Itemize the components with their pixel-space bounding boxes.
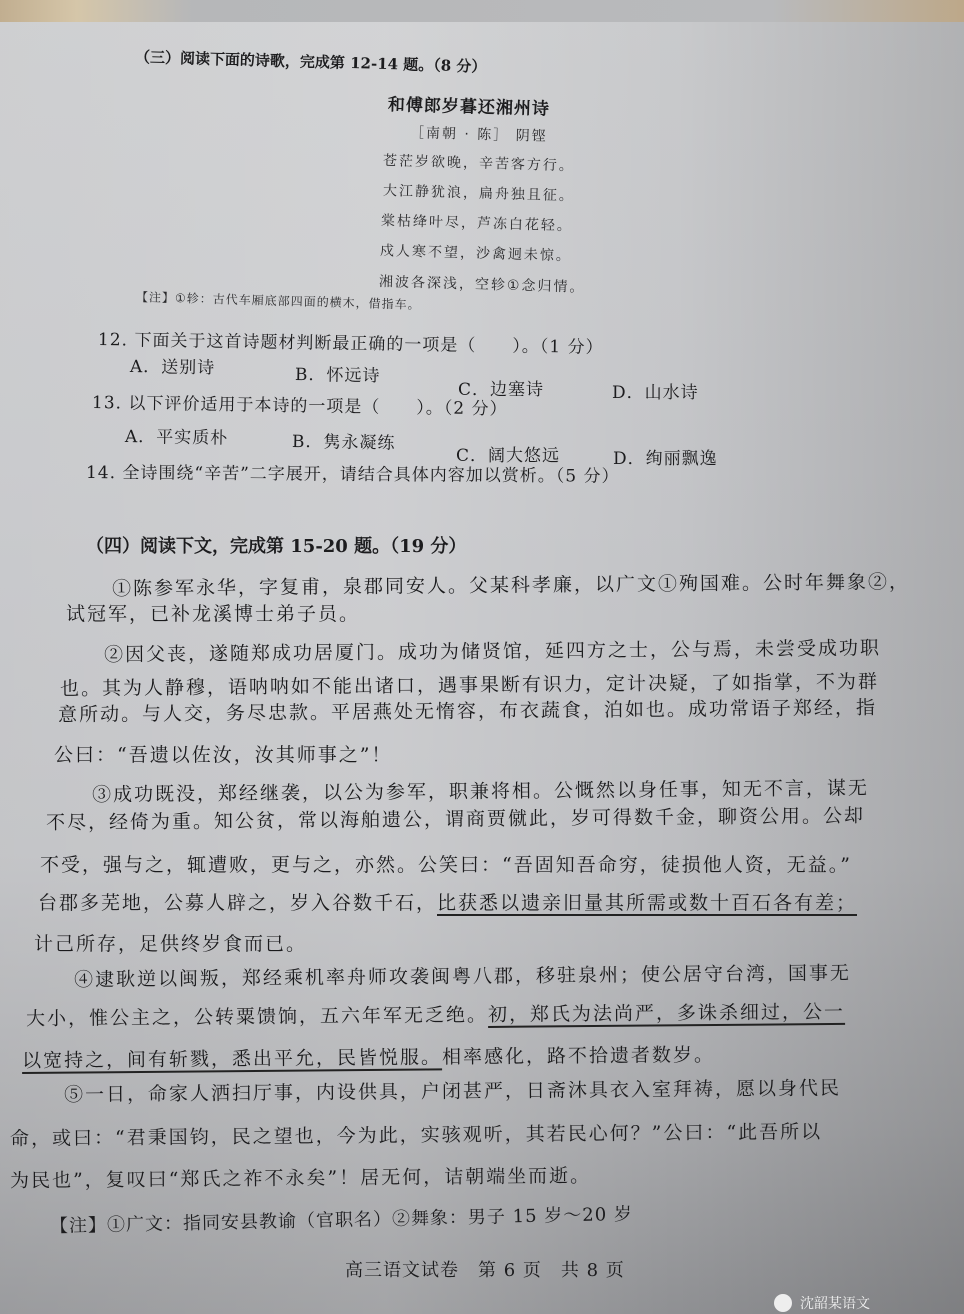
paragraph-1-line: 试冠军，已补龙溪博士弟子员。 bbox=[66, 599, 360, 626]
passage-note: 【注】①广文：指同安县教谕（官职名）②舞象：男子 15 岁～20 岁 bbox=[50, 1200, 633, 1238]
desk-edge bbox=[0, 0, 964, 22]
underlined-sentence: 比获悉以遗亲旧量其所需或数十百石各有差； bbox=[437, 892, 857, 916]
paragraph-4-line: ④逮耿逆以闽叛，郑经乘机率舟师攻袭闽粤八郡，移驻泉州；使公居守台湾，国事无 bbox=[74, 958, 851, 992]
paragraph-3-line: 台郡多芜地，公募人辟之，岁入谷数千石，比获悉以遗亲旧量其所需或数十百石各有差； bbox=[38, 888, 857, 915]
question-number: 13. bbox=[92, 393, 122, 413]
question-number: 14. bbox=[86, 463, 116, 483]
question-14: 14. 全诗围绕“辛苦”二字展开，请结合具体内容加以赏析。（5 分） bbox=[86, 458, 620, 487]
poem-line: 苍茫岁欲晚，辛苦客方行。 bbox=[383, 150, 575, 175]
section3-heading: （三）阅读下面的诗歌，完成第 12-14 题。（8 分） bbox=[135, 46, 487, 77]
poem-line: 湘波各深浅，空轸①念归情。 bbox=[379, 271, 586, 297]
watermark-text: 沈韶某语文 bbox=[800, 1293, 870, 1313]
wechat-icon bbox=[774, 1294, 792, 1312]
paragraph-3-line: 不尽，经倚为重。知公贫，常以海舶遗公，谓商贾僦此，岁可得数千金，聊资公用。公却 bbox=[46, 801, 865, 835]
q12-option-d: D．山水诗 bbox=[612, 378, 699, 403]
paragraph-2-line: ②因父丧，遂随郑成功居厦门。成功为储贤馆，延四方之士，公与焉，未尝受成功职 bbox=[104, 633, 881, 667]
q13-option-d: D．绚丽飘逸 bbox=[613, 444, 718, 469]
paragraph-4-line: 大小，惟公主之，公转粟馈饷，五六年军无乏绝。初，郑氏为法尚严，多诛杀细过，公一 bbox=[26, 997, 845, 1031]
paragraph-1-line: ①陈参军永华，字复甫，泉郡同安人。父某科孝廉，以广文①殉国难。公时年舞象②， bbox=[112, 567, 910, 601]
poem-line: 棠枯绛叶尽，芦冻白花轻。 bbox=[381, 210, 573, 235]
poem-author: ［南朝 · 陈］ 阴铿 bbox=[410, 122, 548, 146]
question-number: 12. bbox=[98, 330, 128, 350]
q13-option-b: B．隽永凝练 bbox=[292, 427, 396, 454]
paragraph-5-line: ⑤一日，命家人洒扫厅事，内设供具，户闭甚严，日斋沐具衣入室拜祷，愿以身代民 bbox=[64, 1073, 841, 1107]
q13-option-a: A．平实质朴 bbox=[125, 422, 229, 449]
question-stem: 以下评价适用于本诗的一项是（ ）。（2 分） bbox=[128, 394, 508, 420]
question-stem: 全诗围绕“辛苦”二字展开，请结合具体内容加以赏析。（5 分） bbox=[122, 463, 619, 486]
exam-page: （三）阅读下面的诗歌，完成第 12-14 题。（8 分） 和傅郎岁暮还湘州诗 ［… bbox=[0, 0, 964, 1314]
paragraph-3-line: 不受，强与之，辄遭败，更与之，亦然。公笑曰：“吾固知吾命穷，徒损他人资，无益。” bbox=[40, 850, 852, 877]
paragraph-5-line: 命，或曰：“君秉国钧，民之望也，今为此，实骇观听，其若民心何？”公曰：“此吾所以 bbox=[10, 1117, 822, 1151]
section4-heading: （四）阅读下文，完成第 15-20 题。（19 分） bbox=[86, 532, 466, 558]
poem-title: 和傅郎岁暮还湘州诗 bbox=[388, 90, 551, 120]
poem-line: 戍人寒不望，沙禽迥未惊。 bbox=[380, 240, 572, 265]
page-footer: 高三语文试卷 第 6 页 共 8 页 bbox=[345, 1256, 625, 1282]
underlined-sentence: 初，郑氏为法尚严，多诛杀细过，公一 bbox=[488, 1001, 845, 1028]
q12-option-b: B．怀远诗 bbox=[295, 360, 381, 386]
line-text: 大小，惟公主之，公转粟馈饷，五六年军无乏绝。 bbox=[26, 1004, 488, 1030]
line-text: 台郡多芜地，公募人辟之，岁入谷数千石， bbox=[38, 892, 437, 914]
paragraph-3-line: 计己所存，足供终岁食而已。 bbox=[34, 929, 307, 956]
question-13: 13. 以下评价适用于本诗的一项是（ ）。（2 分） bbox=[92, 388, 508, 420]
watermark: 沈韶某语文 bbox=[760, 1292, 964, 1314]
line-text: 相率感化，路不拾遗者数岁。 bbox=[442, 1044, 715, 1068]
poem-note: 【注】①轸：古代车厢底部四面的横木，借指车。 bbox=[136, 288, 421, 313]
paragraph-5-line: 为民也”，复叹曰“郑氏之祚不永矣”！居无何，诘朝端坐而逝。 bbox=[10, 1161, 591, 1193]
underlined-sentence: 以宽持之，间有斩戮，悉出平允，民皆悦服。 bbox=[22, 1046, 442, 1074]
q12-option-a: A．送别诗 bbox=[130, 352, 216, 378]
poem-line: 大江静犹浪，扁舟独且征。 bbox=[383, 180, 575, 205]
paragraph-2-line: 公曰：“吾遗以佐汝，汝其师事之”！ bbox=[54, 740, 392, 767]
paragraph-2-line: 意所动。与人交，务尽忠款。平居燕处无惰容，布衣蔬食，泊如也。成功常语子郑经，指 bbox=[58, 693, 877, 727]
paragraph-4-line: 以宽持之，间有斩戮，悉出平允，民皆悦服。相率感化，路不拾遗者数岁。 bbox=[22, 1040, 715, 1073]
